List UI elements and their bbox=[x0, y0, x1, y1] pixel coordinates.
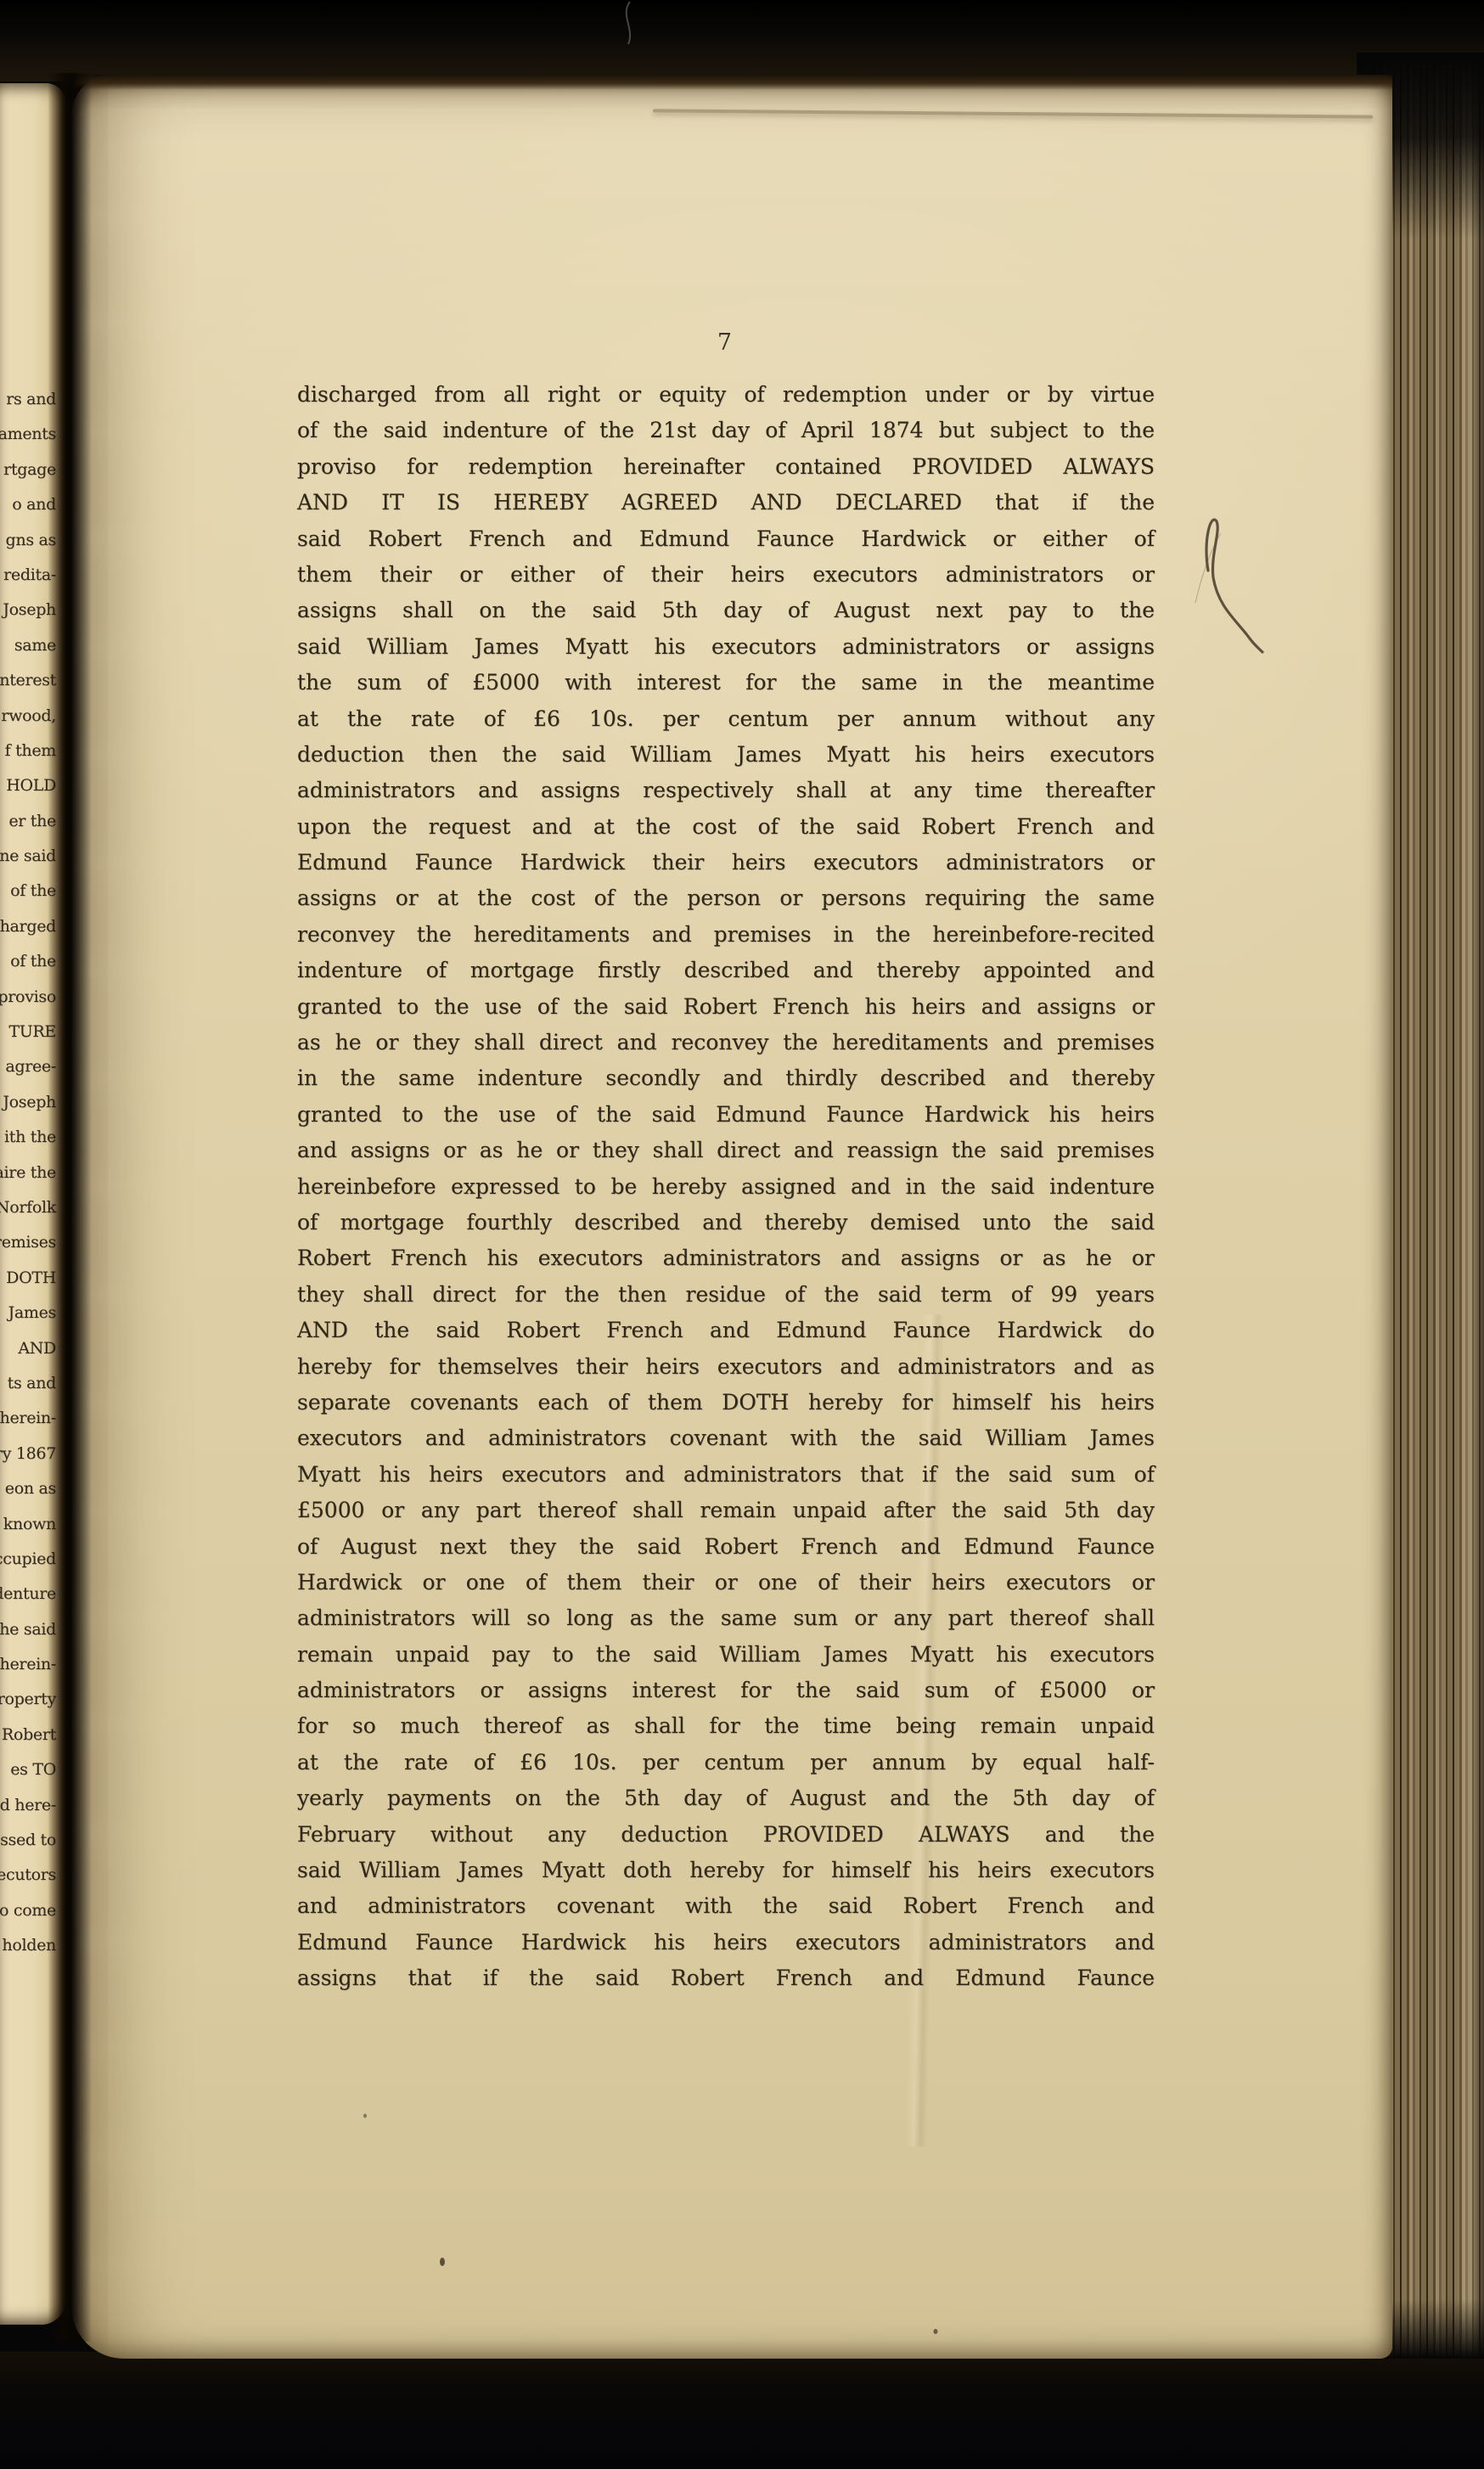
deed-text-line: Robert French his executors administrato… bbox=[297, 1240, 1155, 1276]
facing-page-fragment: denture bbox=[0, 1577, 56, 1611]
deed-text-line: at the rate of £6 10s. per centum per an… bbox=[297, 1745, 1155, 1780]
facing-page-fragment: holden bbox=[0, 1928, 56, 1963]
facing-page-fragment: proviso bbox=[0, 980, 56, 1015]
deed-text-line: Hardwick or one of them their or one of … bbox=[297, 1565, 1155, 1600]
facing-page-fragment: aire the bbox=[0, 1156, 56, 1190]
facing-page-fragment: same bbox=[0, 628, 56, 663]
facing-page-fragment: essed to bbox=[0, 1823, 56, 1858]
deed-text-line: and assigns or as he or they shall direc… bbox=[297, 1133, 1155, 1168]
facing-page-fragment: ry 1867 bbox=[0, 1437, 56, 1471]
deed-text-line: granted to the use of the said Edmund Fa… bbox=[297, 1097, 1155, 1133]
deed-text-line: £5000 or any part thereof shall remain u… bbox=[297, 1493, 1155, 1528]
facing-page-fragment: f them bbox=[0, 734, 56, 768]
deed-text-line: they shall direct for the then residue o… bbox=[297, 1277, 1155, 1313]
deed-text-line: them their or either of their heirs exec… bbox=[297, 557, 1155, 593]
deed-text-line: for so much thereof as shall for the tim… bbox=[297, 1708, 1155, 1744]
deed-text-line: indenture of mortgage firstly described … bbox=[297, 953, 1155, 988]
facing-page-fragment: nterest bbox=[0, 663, 56, 698]
facing-page-fragment: herein- bbox=[0, 1647, 56, 1682]
facing-page-fragment: ne said bbox=[0, 839, 56, 874]
facing-page-fragment: agree- bbox=[0, 1049, 56, 1084]
deed-text-line: yearly payments on the 5th day of August… bbox=[297, 1780, 1155, 1816]
facing-page-fragment: of the bbox=[0, 944, 56, 979]
deed-text-line: said William James Myatt his executors a… bbox=[297, 629, 1155, 665]
facing-page-fragment: HOLD bbox=[0, 768, 56, 803]
deed-text-line: as he or they shall direct and reconvey … bbox=[297, 1025, 1155, 1060]
facing-page-fragment: of the bbox=[0, 874, 56, 908]
page-top-stain bbox=[71, 75, 1392, 90]
facing-page-fragment: rs and bbox=[0, 382, 56, 417]
facing-page-fragment: d here- bbox=[0, 1788, 56, 1823]
deed-text-line: proviso for redemption hereinafter conta… bbox=[297, 449, 1155, 485]
deed-text-line: hereby for themselves their heirs execut… bbox=[297, 1349, 1155, 1385]
facing-page-fragment: o and bbox=[0, 487, 56, 522]
facing-page-fragment: Norfolk bbox=[0, 1190, 56, 1225]
facing-page-fragment: ccupied bbox=[0, 1542, 56, 1577]
deed-text-line: executors and administrators covenant wi… bbox=[297, 1420, 1155, 1456]
facing-page-text-fragments: rs andamentsrtgageo andgns asredita-Jose… bbox=[0, 382, 56, 1964]
page-number: 7 bbox=[297, 329, 1153, 356]
facing-page-edge: rs andamentsrtgageo andgns asredita-Jose… bbox=[0, 83, 66, 2325]
facing-page-fragment: eon as bbox=[0, 1471, 56, 1506]
photo-dark-border-bottom bbox=[0, 2352, 1484, 2469]
deed-text-line: at the rate of £6 10s. per centum per an… bbox=[297, 701, 1155, 737]
deed-text-line: hereinbefore expressed to be hereby assi… bbox=[297, 1169, 1155, 1205]
photo-dark-border-top bbox=[0, 0, 1484, 82]
facing-page-fragment: ts and bbox=[0, 1366, 56, 1401]
facing-page-fragment: aments bbox=[0, 417, 56, 452]
deed-text-line: administrators and assigns respectively … bbox=[297, 773, 1155, 808]
deed-text-line: administrators or assigns interest for t… bbox=[297, 1673, 1155, 1708]
facing-page-fragment: Joseph bbox=[0, 1085, 56, 1120]
facing-page-fragment: he said bbox=[0, 1612, 56, 1647]
deed-text-line: of mortgage fourthly described and there… bbox=[297, 1205, 1155, 1240]
deed-text-line: upon the request and at the cost of the … bbox=[297, 809, 1155, 845]
facing-page-fragment: harged bbox=[0, 909, 56, 944]
facing-page-fragment: known bbox=[0, 1507, 56, 1542]
facing-page-fragment: remises bbox=[0, 1225, 56, 1260]
facing-page-fragment: Joseph bbox=[0, 593, 56, 627]
page-top-stain-line bbox=[653, 109, 1373, 118]
deed-text-line: assigns or at the cost of the person or … bbox=[297, 880, 1155, 916]
deed-text-line: reconvey the hereditaments and premises … bbox=[297, 917, 1155, 953]
facing-page-fragment: TURE bbox=[0, 1015, 56, 1049]
facing-page-fragment: xecutors bbox=[0, 1858, 56, 1893]
deed-text-line: administrators will so long as the same … bbox=[297, 1600, 1155, 1636]
deed-text-line: remain unpaid pay to the said William Ja… bbox=[297, 1637, 1155, 1673]
facing-page-fragment: James bbox=[0, 1296, 56, 1330]
deed-text-line: granted to the use of the said Robert Fr… bbox=[297, 989, 1155, 1025]
facing-page-fragment: ith the bbox=[0, 1120, 56, 1155]
deed-text-line: deduction then the said William James My… bbox=[297, 737, 1155, 773]
deed-text-line: said William James Myatt doth hereby for… bbox=[297, 1853, 1155, 1888]
facing-page-fragment: DOTH bbox=[0, 1261, 56, 1296]
deed-text-line: February without any deduction PROVIDED … bbox=[297, 1817, 1155, 1853]
deed-text-line: the sum of £5000 with interest for the s… bbox=[297, 665, 1155, 700]
facing-page-fragment: redita- bbox=[0, 558, 56, 593]
facing-page-fragment: to come bbox=[0, 1893, 56, 1928]
deed-text-line: AND IT IS HEREBY AGREED AND DECLARED tha… bbox=[297, 485, 1155, 520]
facing-page-fragment: rtgage bbox=[0, 453, 56, 487]
facing-page-fragment: er the bbox=[0, 804, 56, 839]
deed-text-line: assigns that if the said Robert French a… bbox=[297, 1960, 1155, 1996]
deed-text-line: of the said indenture of the 21st day of… bbox=[297, 413, 1155, 448]
deed-text-line: in the same indenture secondly and third… bbox=[297, 1060, 1155, 1096]
deed-text-line: Edmund Faunce Hardwick their heirs execu… bbox=[297, 845, 1155, 880]
deed-text-line: discharged from all right or equity of r… bbox=[297, 377, 1155, 413]
deed-text-line: Myatt his heirs executors and administra… bbox=[297, 1457, 1155, 1493]
book-page: 7 discharged from all right or equity of… bbox=[71, 75, 1392, 2359]
facing-page-fragment: gns as bbox=[0, 523, 56, 558]
facing-page-fragment: AND bbox=[0, 1331, 56, 1366]
deed-text-line: and administrators covenant with the sai… bbox=[297, 1888, 1155, 1924]
deed-text-line: assigns shall on the said 5th day of Aug… bbox=[297, 593, 1155, 628]
deed-text-line: Edmund Faunce Hardwick his heirs executo… bbox=[297, 1925, 1155, 1960]
deed-text-block: discharged from all right or equity of r… bbox=[297, 377, 1155, 1997]
facing-page-fragment: roperty bbox=[0, 1682, 56, 1717]
facing-page-fragment: es TO bbox=[0, 1752, 56, 1787]
facing-page-fragment: herein- bbox=[0, 1401, 56, 1436]
deed-text-line: of August next they the said Robert Fren… bbox=[297, 1529, 1155, 1565]
deed-text-line: AND the said Robert French and Edmund Fa… bbox=[297, 1313, 1155, 1348]
deed-text-line: said Robert French and Edmund Faunce Har… bbox=[297, 521, 1155, 557]
facing-page-fragment: Robert bbox=[0, 1718, 56, 1752]
deed-text-line: separate covenants each of them DOTH her… bbox=[297, 1385, 1155, 1420]
facing-page-fragment: rwood, bbox=[0, 699, 56, 734]
